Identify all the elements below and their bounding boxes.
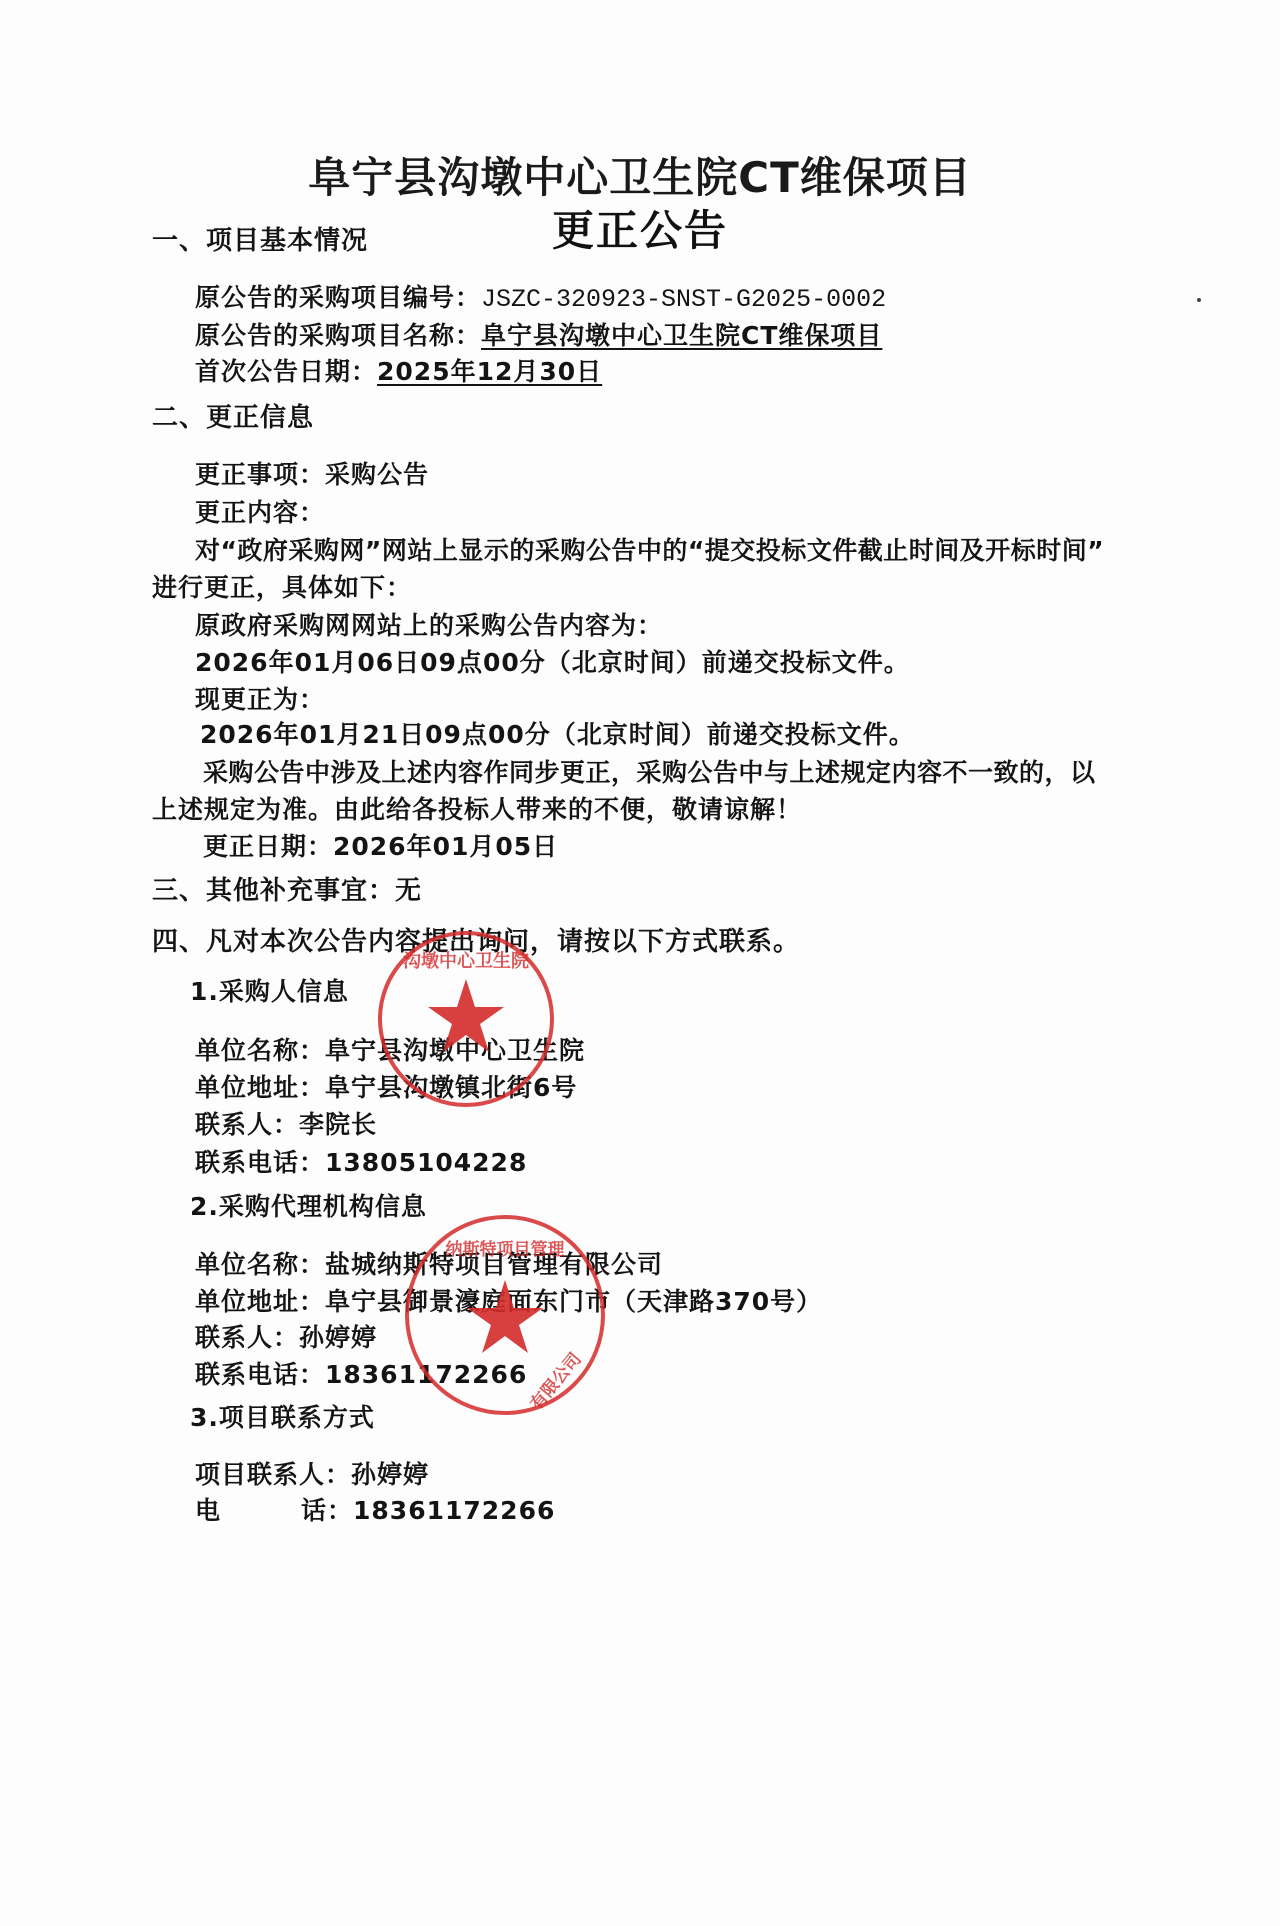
purchaser-heading: 1.采购人信息 bbox=[190, 977, 349, 1007]
correction-content-label: 更正内容： bbox=[195, 498, 325, 528]
new-content-label: 现更正为： bbox=[195, 685, 325, 715]
purchaser-phone: 联系电话：13805104228 bbox=[195, 1148, 527, 1178]
section-3-heading: 三、其他补充事宜：无 bbox=[152, 876, 422, 906]
agency-heading: 2.采购代理机构信息 bbox=[190, 1192, 427, 1222]
project-contact-phone-row: 电话：18361172266 bbox=[195, 1496, 555, 1526]
scan-speck bbox=[1197, 298, 1201, 302]
new-content-value: 2026年01月21日09点00分（北京时间）前递交投标文件。 bbox=[200, 720, 915, 750]
project-name-label: 原公告的采购项目名称： bbox=[195, 321, 481, 350]
project-contact-heading: 3.项目联系方式 bbox=[190, 1403, 375, 1433]
purchaser-name: 单位名称：阜宁县沟墩中心卫生院 bbox=[195, 1036, 585, 1066]
correction-item: 更正事项：采购公告 bbox=[195, 460, 429, 490]
agency-address: 单位地址：阜宁县御景濠庭面东门市（天津路370号） bbox=[195, 1287, 822, 1317]
agency-phone: 联系电话：18361172266 bbox=[195, 1360, 527, 1390]
first-date-label: 首次公告日期： bbox=[195, 357, 377, 386]
project-number: JSZC-320923-SNST-G2025-0002 bbox=[481, 285, 886, 314]
section-1-heading: 一、项目基本情况 bbox=[152, 226, 368, 256]
section-4-heading: 四、凡对本次公告内容提出询问，请按以下方式联系。 bbox=[152, 927, 800, 957]
section-2-heading: 二、更正信息 bbox=[152, 403, 314, 433]
project-name: 阜宁县沟墩中心卫生院CT维保项目 bbox=[481, 321, 882, 350]
agency-contact: 联系人：孙婷婷 bbox=[195, 1323, 377, 1353]
original-content-label: 原政府采购网网站上的采购公告内容为： bbox=[195, 611, 663, 641]
first-date: 2025年12月30日 bbox=[377, 357, 602, 386]
project-name-row: 原公告的采购项目名称：阜宁县沟墩中心卫生院CT维保项目 bbox=[195, 321, 882, 351]
purchaser-address: 单位地址：阜宁县沟墩镇北街6号 bbox=[195, 1073, 577, 1103]
agency-name: 单位名称：盐城纳斯特项目管理有限公司 bbox=[195, 1250, 663, 1280]
project-number-label: 原公告的采购项目编号： bbox=[195, 283, 481, 312]
original-content-value: 2026年01月06日09点00分（北京时间）前递交投标文件。 bbox=[195, 648, 910, 678]
phone-label-a: 电 bbox=[195, 1496, 221, 1525]
purchaser-contact: 联系人：李院长 bbox=[195, 1110, 377, 1140]
sync-note-line1: 采购公告中涉及上述内容作同步更正，采购公告中与上述规定内容不一致的，以 bbox=[203, 758, 1096, 788]
correction-para-line2: 进行更正，具体如下： bbox=[152, 573, 412, 603]
project-contact-person: 项目联系人：孙婷婷 bbox=[195, 1460, 429, 1490]
sync-note-line2: 上述规定为准。由此给各投标人带来的不便，敬请谅解！ bbox=[152, 795, 802, 825]
project-number-row: 原公告的采购项目编号：JSZC-320923-SNST-G2025-0002 bbox=[195, 283, 886, 315]
document-page: 阜宁县沟墩中心卫生院CT维保项目 更正公告 一、项目基本情况 原公告的采购项目编… bbox=[0, 0, 1280, 1926]
correction-date: 更正日期：2026年01月05日 bbox=[203, 832, 558, 862]
svg-text:有限公司: 有限公司 bbox=[526, 1349, 586, 1415]
first-date-row: 首次公告日期：2025年12月30日 bbox=[195, 357, 602, 387]
correction-para-line1: 对“政府采购网”网站上显示的采购公告中的“提交投标文件截止时间及开标时间” bbox=[195, 536, 1104, 566]
phone-label-b: 话：18361172266 bbox=[301, 1496, 555, 1525]
document-title: 阜宁县沟墩中心卫生院CT维保项目 bbox=[0, 152, 1280, 204]
